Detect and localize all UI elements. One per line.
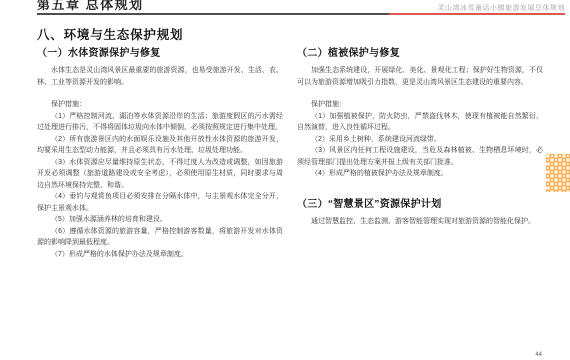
header-rule-dark-segment — [37, 13, 389, 15]
measure-item: （5）加强水源涵养林的培育和建设。 — [37, 214, 283, 226]
paragraph: 水体生态是灵山湾风景区最重要的旅游资源，也易受旅游开发、生活、农、林、工业等资源… — [37, 65, 283, 88]
subsection-heading-vegetation: （二）植被保护与修复 — [297, 44, 543, 59]
ornament-pattern — [546, 154, 570, 192]
measure-item: （4）垂钓与观赏鱼项目必须安排在分隔水体中，与主景观水体完全分开，保护主景观水体… — [37, 191, 283, 214]
paragraph: 加强生态系统建设，开展绿化、美化、景观化工程；保护好生物资源，不仅可以为旅游资源… — [297, 65, 543, 88]
header-rule — [37, 13, 565, 15]
paragraph: 通过智慧监控、生态监测、游客智能管理实现对旅游资源的智能化保护。 — [297, 216, 543, 228]
document-page: 第五章 总体规划 灵山湾冰雪童话小镇旅游发展总体规划 八、环境与生态保护规划 （… — [0, 0, 570, 360]
measure-item: （4）形成严格的植被保护办法及规章制度。 — [297, 168, 543, 180]
measure-item: （7）形成严格的水体保护办法及规章制度。 — [37, 249, 283, 261]
subsection-heading-water: （一）水体资源保护与修复 — [37, 44, 283, 59]
section-title: 八、环境与生态保护规划 — [37, 25, 183, 43]
left-column: （一）水体资源保护与修复 水体生态是灵山湾风景区最重要的旅游资源，也易受旅游开发… — [37, 44, 283, 260]
subsection-heading-smart-scenic: （三）“智慧景区”资源保护计划 — [297, 195, 543, 210]
measure-item: （2）所有旅游景区内的水面娱乐设施及其他开放性水体资源的旅游开发，均要采用生态型… — [37, 134, 283, 157]
measure-item: （1）加强植被保护，防火防虫，严禁盗伐林木，使现有植被能自然繁衍、自然演替，进入… — [297, 111, 543, 134]
document-title: 灵山湾冰雪童话小镇旅游发展总体规划 — [438, 3, 566, 13]
measures-label: 保护措施： — [37, 99, 283, 111]
page-number: 44 — [535, 352, 542, 358]
measure-item: （2）采用乡土树种，系统建设河流绿带。 — [297, 134, 543, 146]
measure-item: （3）风景区内任何工程设施建设，当危及森林植被、生物栖息环境时，必须经管理部门提… — [297, 145, 543, 168]
page-header: 第五章 总体规划 灵山湾冰雪童话小镇旅游发展总体规划 — [37, 0, 565, 13]
measures-label: 保护措施： — [297, 99, 543, 111]
measure-item: （6）遵循水体资源的旅游容量，严格控制游客数量，将旅游开发对水体资源的影响降到最… — [37, 226, 283, 249]
chapter-title: 第五章 总体规划 — [37, 0, 144, 13]
measure-item: （1）严格控制河流、湖泊等水体资源沿岸的生活；旅游度假区的污水需经过处理进行排污… — [37, 111, 283, 134]
right-column: （二）植被保护与修复 加强生态系统建设，开展绿化、美化、景观化工程；保护好生物资… — [297, 44, 543, 260]
header-rule-red-segment — [389, 13, 565, 15]
measure-item: （3）水体资源应尽量维持原生状态，不得过度人为改造或调整，如因旅游开发必须调整（… — [37, 157, 283, 192]
content-columns: （一）水体资源保护与修复 水体生态是灵山湾风景区最重要的旅游资源，也易受旅游开发… — [37, 44, 543, 260]
